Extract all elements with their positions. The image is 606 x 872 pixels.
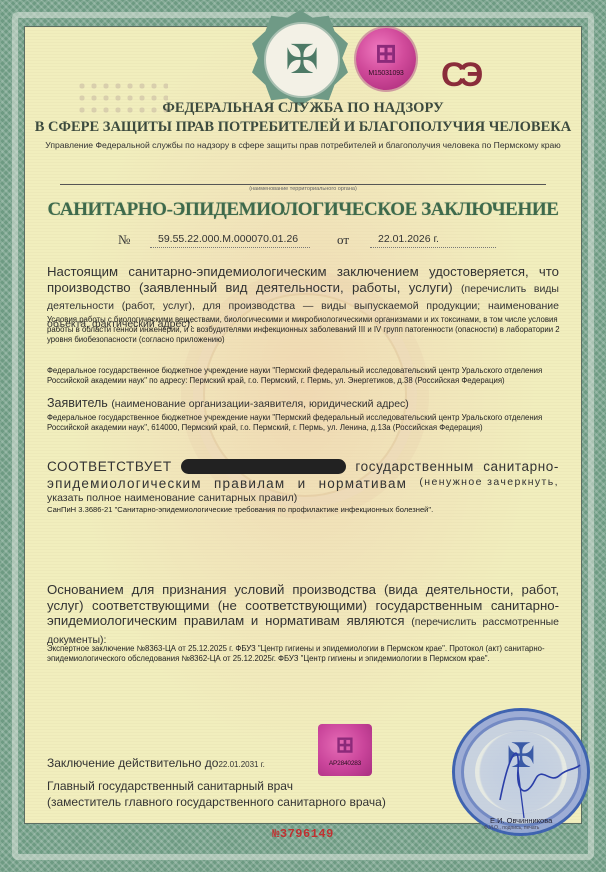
applicant-hint: (наименование организации-заявителя, юри… [111,398,408,410]
cs-logo: СЭ [441,58,477,92]
redacted-status [181,459,346,474]
double-headed-eagle-emblem-icon: ✠ [264,22,340,98]
basis-documents: Экспертное заключение №8363-ЦА от 25.12.… [47,644,567,664]
sanitary-rules: СанПиН 3.3686-21 "Санитарно-эпидемиологи… [47,505,433,514]
document-title: САНИТАРНО-ЭПИДЕМИОЛОГИЧЕСКОЕ ЗАКЛЮЧЕНИЕ [0,199,606,221]
document-date: 22.01.2026 г. [378,233,439,245]
department-underline [60,184,546,185]
hologram-sticker-bottom: ⊞ AP2840283 [318,724,372,776]
conformity-line-1: СООТВЕТСТВУЕТ государственным санитарно- [47,459,559,474]
agency-name-line1: ФЕДЕРАЛЬНАЯ СЛУЖБА ПО НАДЗОРУ [0,100,606,117]
department-caption: (наименование территориального органа) [0,186,606,192]
signature-icon [480,730,590,820]
validity-row: Заключение действительно до22.01.2031 г. [47,756,265,770]
conformity-line-2: эпидемиологическим правилам и нормативам… [47,476,559,491]
applicant-value: Федеральное государственное бюджетное уч… [47,413,567,433]
conformity-word: нормативам [319,476,408,491]
applicant-label-row: Заявитель (наименование организации-заяв… [47,396,409,410]
date-underline [370,247,496,248]
validity-date: 22.01.2031 г. [218,760,264,769]
hologram-logo-icon: ⊞ [318,734,372,756]
territorial-department: Управление Федеральной службы по надзору… [44,140,562,151]
conformity-word: и [298,476,307,491]
conformity-hint-line: указать полное наименование санитарных п… [47,492,297,504]
agency-name-line2: В СФЕРЕ ЗАЩИТЫ ПРАВ ПОТРЕБИТЕЛЕЙ И БЛАГО… [0,119,606,136]
conformity-word-state: государственным [355,459,473,474]
conformity-hint: (ненужное зачеркнуть, [419,476,559,491]
validity-label: Заключение действительно до [47,756,218,770]
facility-address: Федеральное государственное бюджетное уч… [47,366,567,386]
date-label: от [337,232,349,248]
number-underline [150,247,310,248]
chief-doctor-title: Главный государственный санитарный врач [47,779,293,793]
conformity-word: правилам [214,476,285,491]
number-label: № [118,232,130,248]
signer-name: Е.И. Овчинникова [490,816,552,825]
document-number-row: № 59.55.22.000.М.000070.01.26 от 22.01.2… [0,232,606,248]
conformity-word-sanitary: санитарно- [483,459,559,474]
blank-serial-number: №3796149 [0,827,606,841]
applicant-label: Заявитель [47,396,108,410]
hologram-serial: M15031093 [362,70,410,77]
conformity-word: эпидемиологическим [47,476,202,491]
conformity-status: СООТВЕТСТВУЕТ [47,459,172,474]
hologram-sticker-top: ⊞ M15031093 [356,28,416,90]
basis-paragraph: Основанием для признания условий произво… [47,582,559,648]
activity-description: Условия работы с биологическими вещества… [47,315,567,346]
deputy-doctor-title: (заместитель главного государственного с… [47,795,386,809]
hologram-logo-icon: ⊞ [356,40,416,66]
document-number: 59.55.22.000.М.000070.01.26 [158,233,298,245]
hologram-serial: AP2840283 [324,760,366,767]
